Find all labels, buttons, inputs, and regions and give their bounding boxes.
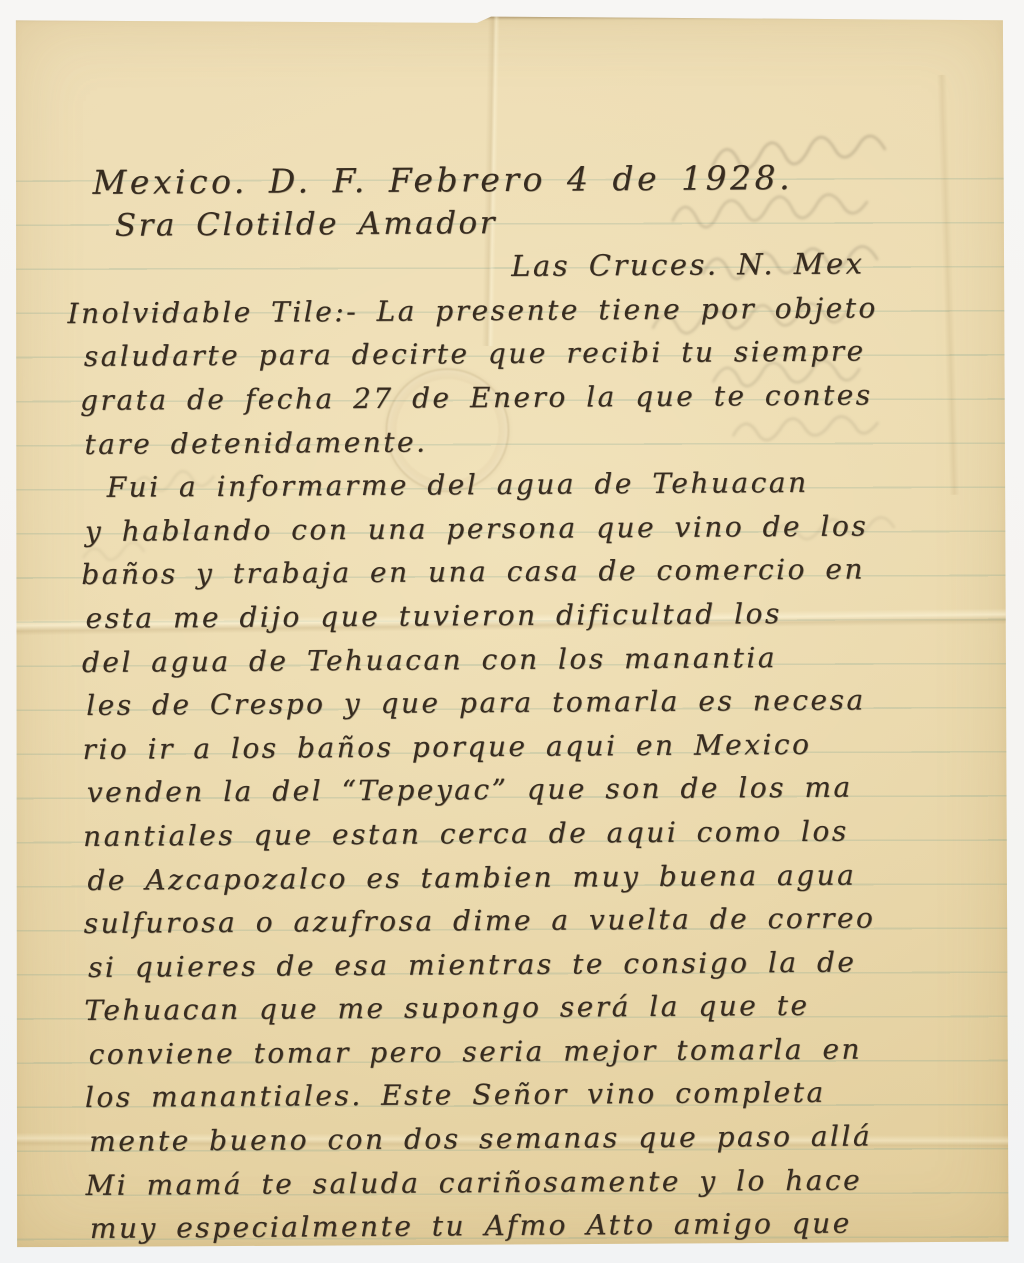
letter-line: baños y trabaja en una casa de comercio … bbox=[13, 547, 1006, 598]
letter-text: Mexico. D. F. Febrero 4 de 1928. Sra Clo… bbox=[10, 155, 1011, 1252]
letter-line: sulfurosa o azufrosa dime a vuelta de co… bbox=[16, 896, 1009, 947]
letter-line: grata de fecha 27 de Enero la que te con… bbox=[12, 373, 1005, 424]
scan-background: Mexico. D. F. Febrero 4 de 1928. Sra Clo… bbox=[0, 0, 1024, 1263]
letter-line: rio ir a los baños porque aqui en Mexico bbox=[14, 721, 1007, 772]
letter-line: nantiales que estan cerca de aqui como l… bbox=[15, 808, 1008, 859]
letter-line: si quieres de esa mientras te consigo la… bbox=[16, 939, 1009, 990]
letter-line: Tehuacan que me supongo será la que te bbox=[16, 983, 1009, 1034]
dateline: Mexico. D. F. Febrero 4 de 1928. bbox=[10, 155, 1003, 206]
letter-line: muy especialmente tu Afmo Atto amigo que bbox=[18, 1201, 1011, 1252]
letter-line: los manantiales. Este Señor vino complet… bbox=[17, 1070, 1010, 1121]
letter-line: de Azcapozalco es tambien muy buena agua bbox=[15, 852, 1008, 903]
letter-line: tare detenidamente. bbox=[12, 416, 1005, 467]
letter-line: esta me dijo que tuvieron dificultad los bbox=[13, 590, 1006, 641]
letter-line: conviene tomar pero seria mejor tomarla … bbox=[16, 1026, 1009, 1077]
recipient-name: Sra Clotilde Amador bbox=[11, 198, 1004, 249]
letter-line: Fui a informarme del agua de Tehuacan bbox=[13, 460, 1006, 511]
letter-line: saludarte para decirte que recibi tu sie… bbox=[12, 329, 1005, 380]
letter-page: Mexico. D. F. Febrero 4 de 1928. Sra Clo… bbox=[12, 15, 1008, 1248]
letter-line: les de Crespo y que para tomarla es nece… bbox=[14, 678, 1007, 729]
letter-line: del agua de Tehuacan con los manantia bbox=[14, 634, 1007, 685]
recipient-location: Las Cruces. N. Mex bbox=[11, 242, 1004, 293]
letter-line: Mi mamá te saluda cariñosamente y lo hac… bbox=[17, 1157, 1010, 1208]
letter-line: venden la del “Tepeyac” que son de los m… bbox=[15, 765, 1008, 816]
letter-line: mente bueno con dos semanas que paso all… bbox=[17, 1114, 1010, 1165]
letter-line: y hablando con una persona que vino de l… bbox=[13, 503, 1006, 554]
letter-line: Inolvidable Tile:- La presente tiene por… bbox=[11, 285, 1004, 336]
